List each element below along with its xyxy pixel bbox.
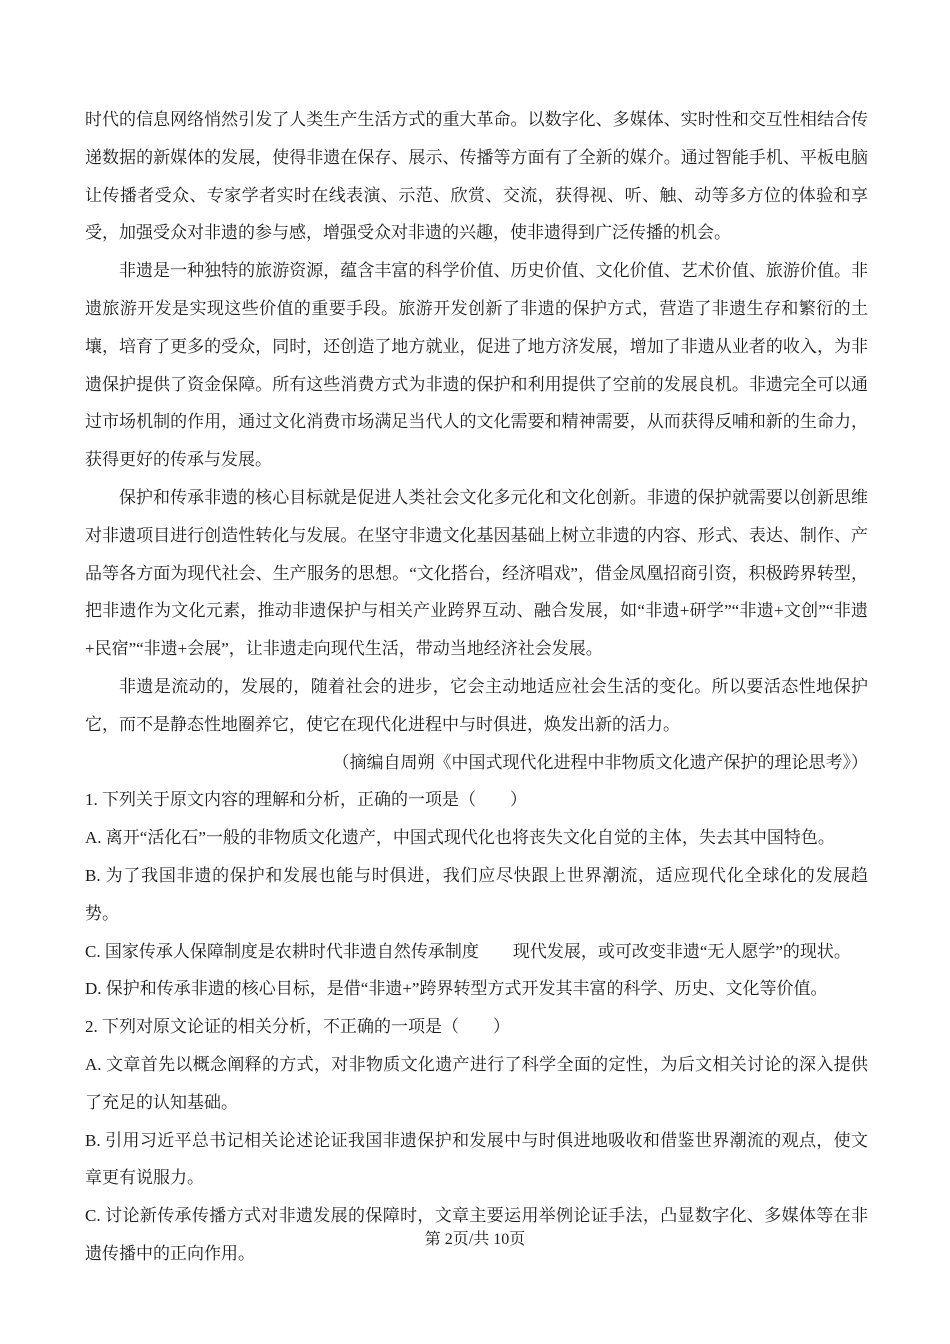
question-1-option-a: A. 离开“活化石”一般的非物质文化遗产，中国式现代化也将丧失文化自觉的主体，失… <box>85 819 868 857</box>
question-2-option-a: A. 文章首先以概念阐释的方式，对非物质文化遗产进行了科学全面的定性，为后文相关… <box>85 1046 868 1122</box>
page-number-footer: 第 2页/共 10页 <box>0 1221 950 1259</box>
document-page: 时代的信息网络悄然引发了人类生产生活方式的重大革命。以数字化、多媒体、实时性和交… <box>0 0 950 1344</box>
question-1-option-c: C. 国家传承人保障制度是农耕时代非遗自然传承制度 现代发展，或可改变非遗“无人… <box>85 933 868 971</box>
body-paragraph: 保护和传承非遗的核心目标就是促进人类社会文化多元化和文化创新。非遗的保护就需要以… <box>85 479 868 668</box>
source-attribution: （摘编自周朔《中国式现代化进程中非物质文化遗产保护的理论思考》） <box>85 744 868 782</box>
body-paragraph: 时代的信息网络悄然引发了人类生产生活方式的重大革命。以数字化、多媒体、实时性和交… <box>85 101 868 252</box>
question-1-option-b: B. 为了我国非遗的保护和发展也能与时俱进，我们应尽快跟上世界潮流，适应现代化全… <box>85 857 868 933</box>
question-1-option-d: D. 保护和传承非遗的核心目标，是借“非遗+”跨界转型方式开发其丰富的科学、历史… <box>85 970 868 1008</box>
body-paragraph: 非遗是流动的，发展的，随着社会的进步，它会主动地适应社会生活的变化。所以要活态性… <box>85 668 868 744</box>
question-1-stem: 1. 下列关于原文内容的理解和分析，正确的一项是（ ） <box>85 781 868 819</box>
body-paragraph: 非遗是一种独特的旅游资源，蕴含丰富的科学价值、历史价值、文化价值、艺术价值、旅游… <box>85 252 868 479</box>
question-2-stem: 2. 下列对原文论证的相关分析，不正确的一项是（ ） <box>85 1008 868 1046</box>
question-2-option-b: B. 引用习近平总书记相关论述论证我国非遗保护和发展中与时俱进地吸收和借鉴世界潮… <box>85 1122 868 1198</box>
